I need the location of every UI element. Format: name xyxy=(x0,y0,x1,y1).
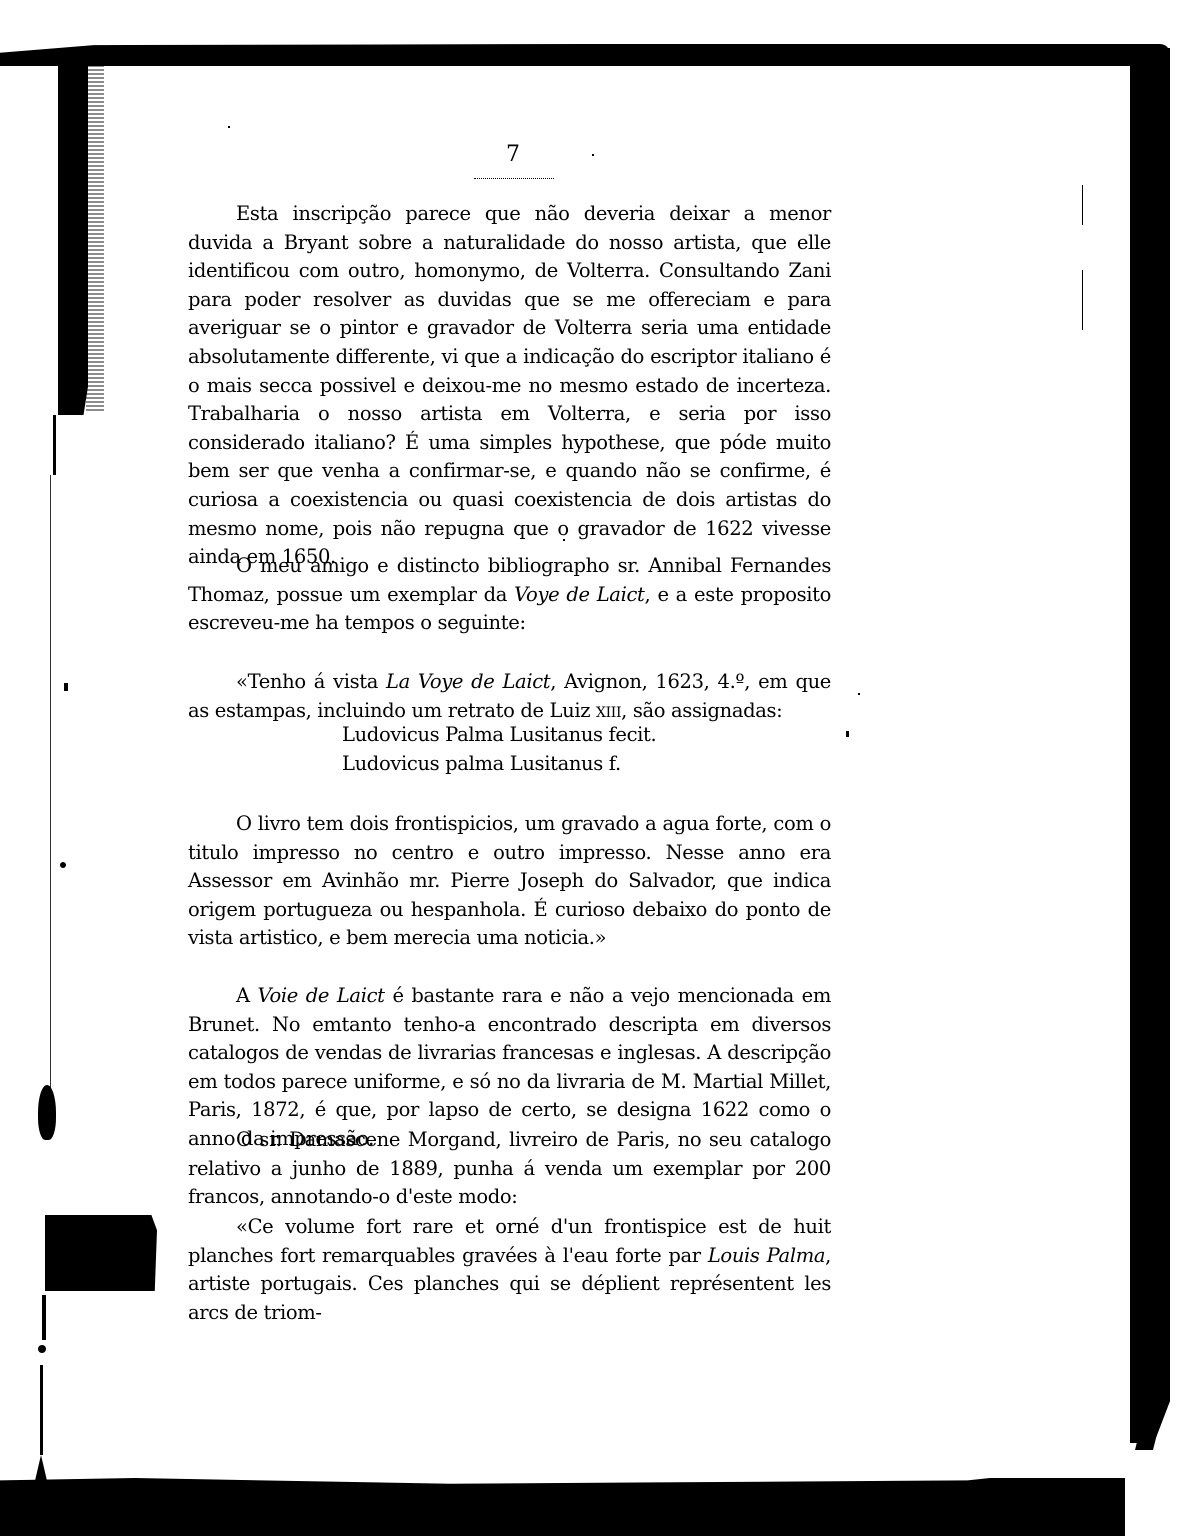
paragraph-text: Esta inscripção parece que não deveria d… xyxy=(188,200,831,572)
scan-speck xyxy=(60,862,66,868)
scan-border-bottom xyxy=(0,1478,1125,1536)
scan-border-top xyxy=(0,44,1170,66)
quotation: «Tenho á vista La Voye de Laict, Avignon… xyxy=(188,668,831,725)
scan-mark xyxy=(1082,270,1083,330)
scan-speck xyxy=(64,683,68,691)
page-number: 7 xyxy=(506,142,520,167)
book-title: Voie de Laict xyxy=(258,984,385,1007)
scan-speck xyxy=(592,154,594,156)
book-title: Voye de Laict xyxy=(514,583,644,606)
signature-line: Ludovicus palma Lusitanus f. xyxy=(342,750,621,779)
paragraph-text: O meu amigo e distincto bibliographo sr.… xyxy=(188,552,831,638)
scan-speck xyxy=(846,731,849,737)
quotation-text: «Tenho á vista La Voye de Laict, Avignon… xyxy=(188,668,831,725)
scan-mark xyxy=(40,1365,43,1455)
scan-block xyxy=(45,1215,157,1291)
paragraph: Esta inscripção parece que não deveria d… xyxy=(188,200,831,572)
book-title: La Voye de Laict xyxy=(386,670,550,693)
paragraph: O livro tem dois frontispicios, um grava… xyxy=(188,810,831,953)
text-span: , são assignadas: xyxy=(621,699,782,722)
header-rule xyxy=(474,178,554,179)
scan-mark xyxy=(53,415,56,475)
artist-name: Louis Palma xyxy=(708,1244,825,1267)
paragraph: O sr. Damascene Morgand, livreiro de Par… xyxy=(188,1126,831,1212)
scan-mark xyxy=(50,475,51,1095)
scan-border-right xyxy=(1130,48,1170,1443)
scan-mark xyxy=(38,1345,46,1353)
quotation: «Ce volume fort rare et orné d'un fronti… xyxy=(188,1213,831,1327)
paragraph: O meu amigo e distincto bibliographo sr.… xyxy=(188,552,831,638)
scan-mark xyxy=(38,1085,56,1140)
scan-shadow-left xyxy=(86,66,104,411)
quotation-text: «Ce volume fort rare et orné d'un fronti… xyxy=(188,1213,831,1327)
text-span: A xyxy=(236,984,258,1007)
scan-border-left xyxy=(58,60,88,415)
roman-numeral: xiii xyxy=(596,699,621,722)
paragraph-text: O livro tem dois frontispicios, um grava… xyxy=(188,810,831,953)
paragraph-text: O sr. Damascene Morgand, livreiro de Par… xyxy=(188,1126,831,1212)
scan-speck xyxy=(228,126,230,128)
scan-speck xyxy=(858,693,860,695)
signature-line: Ludovicus Palma Lusitanus fecit. xyxy=(342,721,656,750)
scan-mark xyxy=(42,1295,46,1340)
text-span: «Tenho á vista xyxy=(236,670,386,693)
scan-mark xyxy=(1082,185,1083,225)
